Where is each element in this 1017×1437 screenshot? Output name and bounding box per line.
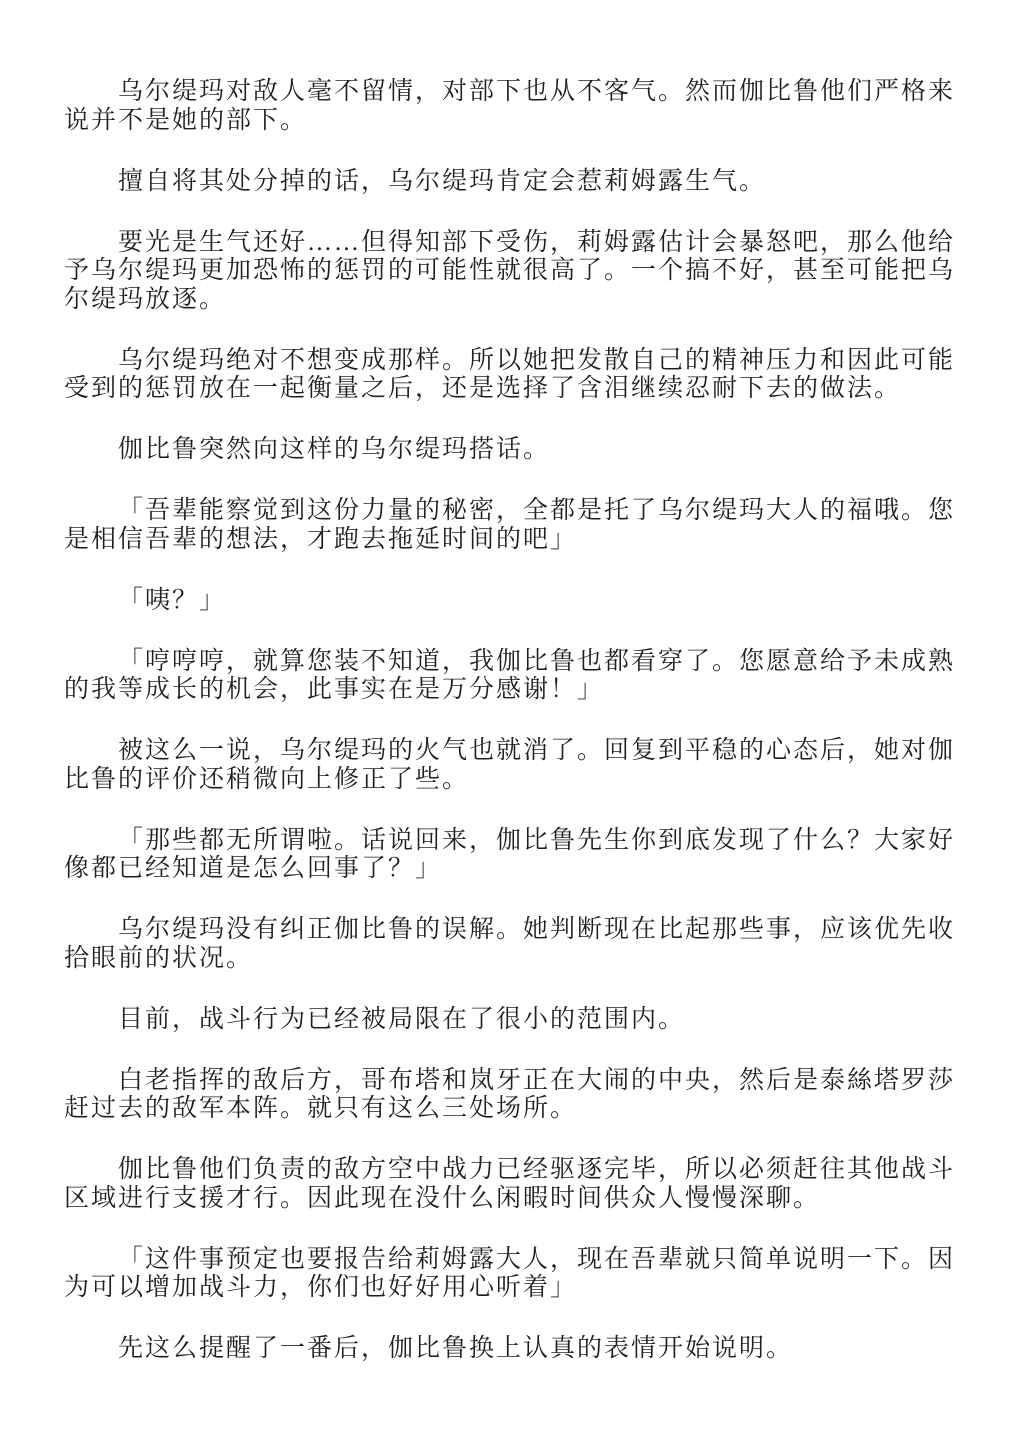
paragraph: 擅自将其处分掉的话，乌尔缇玛肯定会惹莉姆露生气。 (64, 168, 964, 197)
text-column: 乌尔缇玛对敌人毫不留情，对部下也从不客气。然而伽比鲁他们严格来说并不是她的部下。… (64, 78, 964, 1364)
paragraph: 被这么一说，乌尔缇玛的火气也就消了。回复到平稳的心态后，她对伽比鲁的评价还稍微向… (64, 737, 964, 794)
paragraph: 目前，战斗行为已经被局限在了很小的范围内。 (64, 1006, 964, 1035)
paragraph: 伽比鲁他们负责的敌方空中战力已经驱逐完毕，所以必须赶往其他战斗区域进行支援才行。… (64, 1156, 964, 1213)
paragraph: 乌尔缇玛对敌人毫不留情，对部下也从不客气。然而伽比鲁他们严格来说并不是她的部下。 (64, 78, 964, 135)
paragraph: 要光是生气还好……但得知部下受伤，莉姆露估计会暴怒吧，那么他给予乌尔缇玛更加恐怖… (64, 229, 964, 315)
paragraph: 「那些都无所谓啦。话说回来，伽比鲁先生你到底发现了什么？大家好像都已经知道是怎么… (64, 827, 964, 884)
paragraph: 白老指挥的敌后方，哥布塔和岚牙正在大闹的中央，然后是泰絲塔罗莎赶过去的敌军本阵。… (64, 1067, 964, 1124)
paragraph: 乌尔缇玛绝对不想变成那样。所以她把发散自己的精神压力和因此可能受到的惩罚放在一起… (64, 347, 964, 404)
paragraph: 「咦？」 (64, 587, 964, 616)
paragraph: 乌尔缇玛没有纠正伽比鲁的误解。她判断现在比起那些事，应该优先收拾眼前的状况。 (64, 916, 964, 973)
paragraph: 「这件事预定也要报告给莉姆露大人，现在吾辈就只简单说明一下。因为可以增加战斗力，… (64, 1246, 964, 1303)
paragraph: 伽比鲁突然向这样的乌尔缇玛搭话。 (64, 436, 964, 465)
paragraph: 「吾辈能察觉到这份力量的秘密，全都是托了乌尔缇玛大人的福哦。您是相信吾辈的想法，… (64, 497, 964, 554)
paragraph: 「哼哼哼，就算您装不知道，我伽比鲁也都看穿了。您愿意给予未成熟的我等成长的机会，… (64, 648, 964, 705)
document-page: 乌尔缇玛对敌人毫不留情，对部下也从不客气。然而伽比鲁他们严格来说并不是她的部下。… (0, 0, 1017, 1437)
paragraph: 先这么提醒了一番后，伽比鲁换上认真的表情开始说明。 (64, 1335, 964, 1364)
